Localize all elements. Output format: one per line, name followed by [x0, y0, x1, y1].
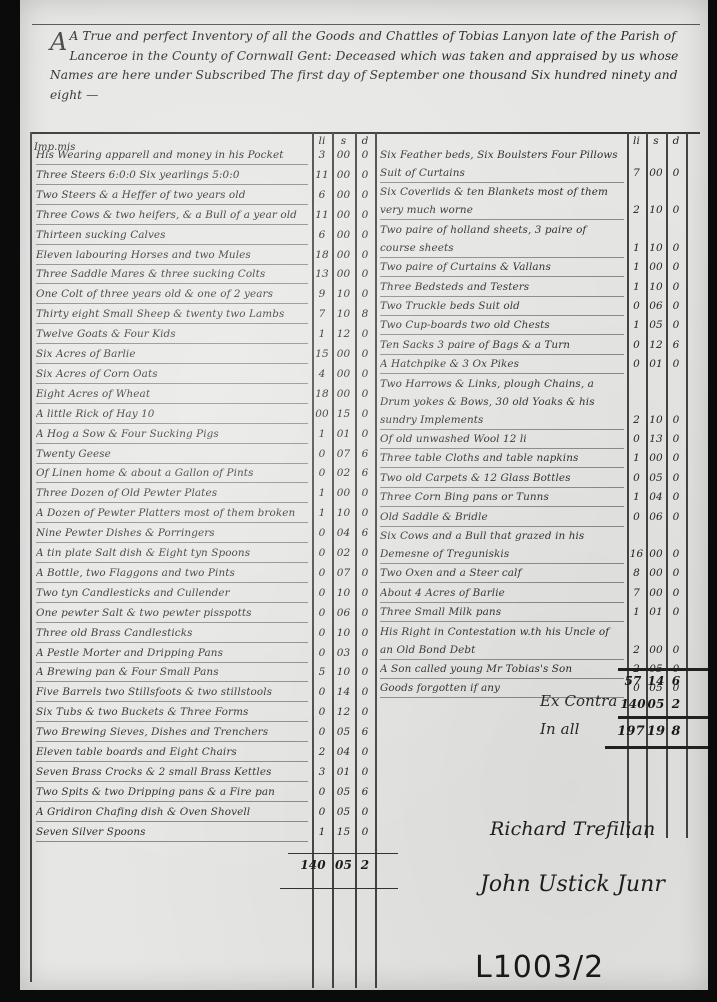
item-amount-pounds: 1: [312, 425, 332, 443]
item-amount-shillings: 00: [646, 545, 666, 563]
inventory-line-item: Old Saddle & Bridle: [380, 508, 624, 526]
item-description: Two Truckle beds Suit old: [380, 297, 624, 316]
inventory-line-item: Two Truckle beds Suit old: [380, 297, 624, 315]
inventory-line-item: Two Brewing Sieves, Dishes and Trenchers: [36, 723, 308, 741]
grand-total-li: 197: [616, 724, 646, 739]
inventory-line-item: Two Cup-boards two old Chests: [380, 316, 624, 334]
item-amount-shillings: 04: [646, 488, 666, 506]
item-amount-pounds: 2: [312, 743, 332, 761]
item-amount-pounds: 0: [312, 544, 332, 562]
item-amount-pence: 6: [355, 524, 375, 542]
item-amount-pence: 0: [666, 508, 686, 526]
item-amount-shillings: 00: [332, 226, 355, 244]
inventory-line-item: A tin plate Salt dish & Eight tyn Spoons: [36, 544, 308, 562]
item-amount-shillings: 00: [646, 641, 666, 659]
item-amount-pence: 0: [355, 325, 375, 343]
item-amount-pence: 0: [355, 803, 375, 821]
item-description: A tin plate Salt dish & Eight tyn Spoons: [36, 544, 308, 563]
archive-reference: L1003/2: [475, 950, 604, 985]
inventory-line-item: Three Steers 6:0:0 Six yearlings 5:0:0: [36, 166, 308, 184]
grand-total-s: 19: [646, 724, 666, 739]
subtotal-d: 6: [666, 674, 686, 688]
item-amount-pounds: 0: [312, 524, 332, 542]
inventory-line-item: Two paire of Curtains & Vallans: [380, 258, 624, 276]
item-amount-pounds: 0: [627, 469, 646, 487]
item-amount-shillings: 10: [332, 305, 355, 323]
item-amount-pounds: 1: [627, 603, 646, 621]
item-amount-pounds: 0: [627, 508, 646, 526]
item-amount-pence: 0: [355, 206, 375, 224]
item-description: Three Steers 6:0:0 Six yearlings 5:0:0: [36, 166, 308, 185]
inventory-line-item: A Hog a Sow & Four Sucking Pigs: [36, 425, 308, 443]
item-amount-pounds: 3: [312, 763, 332, 781]
item-amount-pence: 8: [355, 305, 375, 323]
item-amount-pounds: 0: [627, 336, 646, 354]
inventory-line-item: A Son called young Mr Tobias's Son: [380, 660, 624, 678]
item-amount-pence: 0: [355, 345, 375, 363]
item-description: A Hatchpike & 3 Ox Pikes: [380, 355, 624, 374]
item-amount-pence: 0: [666, 603, 686, 621]
item-description: Of old unwashed Wool 12 li: [380, 430, 624, 449]
inventory-line-item: A Hatchpike & 3 Ox Pikes: [380, 355, 624, 373]
item-amount-pounds: 0: [312, 445, 332, 463]
item-amount-shillings: 01: [646, 603, 666, 621]
item-description: A Brewing pan & Four Small Pans: [36, 663, 308, 682]
inventory-line-item: Eight Acres of Wheat: [36, 385, 308, 403]
item-description: Two Spits & two Dripping pans & a Fire p…: [36, 783, 308, 802]
item-amount-pounds: 0: [312, 703, 332, 721]
item-description: Old Saddle & Bridle: [380, 508, 624, 527]
item-description: Twenty Geese: [36, 445, 308, 464]
item-amount-pounds: 0: [312, 604, 332, 622]
item-description: Two Steers & a Heffer of two years old: [36, 186, 308, 205]
inventory-line-item: Six Acres of Corn Oats: [36, 365, 308, 383]
item-amount-pounds: 0: [312, 723, 332, 741]
item-amount-pence: 0: [666, 430, 686, 448]
item-description: His Wearing apparell and money in his Po…: [36, 146, 308, 165]
item-amount-pounds: 16: [627, 545, 646, 563]
subtotal-li: 57: [620, 674, 646, 688]
item-description: Thirteen sucking Calves: [36, 226, 308, 245]
item-amount-pounds: 7: [627, 584, 646, 602]
item-amount-pounds: 13: [312, 265, 332, 283]
item-amount-shillings: 05: [332, 783, 355, 801]
item-amount-pence: 0: [355, 823, 375, 841]
item-description: Seven Silver Spoons: [36, 823, 308, 842]
item-description: Two Brewing Sieves, Dishes and Trenchers: [36, 723, 308, 742]
subtotal-rule: [618, 668, 708, 671]
item-amount-pence: 0: [666, 488, 686, 506]
item-description: Twelve Goats & Four Kids: [36, 325, 308, 344]
item-amount-pence: 6: [355, 783, 375, 801]
item-amount-shillings: 01: [332, 763, 355, 781]
item-description: Nine Pewter Dishes & Porringers: [36, 524, 308, 543]
item-amount-pence: 0: [355, 624, 375, 642]
heading-text: A True and perfect Inventory of all the …: [50, 29, 679, 102]
item-amount-shillings: 10: [332, 504, 355, 522]
header-d-right: d: [666, 135, 686, 147]
header-s-right: s: [646, 135, 666, 147]
item-amount-pence: 0: [666, 641, 686, 659]
item-amount-pounds: 00: [312, 405, 332, 423]
item-amount-shillings: 04: [332, 743, 355, 761]
item-amount-pounds: 15: [312, 345, 332, 363]
item-amount-shillings: 05: [332, 723, 355, 741]
left-total-d: 2: [355, 858, 375, 872]
item-description: Five Barrels two Stillsfoots & two still…: [36, 683, 308, 702]
item-amount-pounds: 6: [312, 226, 332, 244]
top-rule: [32, 24, 700, 25]
item-description: Three table Cloths and table napkins: [380, 449, 624, 468]
inventory-line-item: Seven Brass Crocks & 2 small Brass Kettl…: [36, 763, 308, 781]
item-amount-shillings: 07: [332, 564, 355, 582]
inventory-line-item: Three Bedsteds and Testers: [380, 278, 624, 296]
item-amount-pounds: 0: [312, 783, 332, 801]
item-description: Six Coverlids & ten Blankets most of the…: [380, 183, 624, 220]
inventory-line-item: Six Tubs & two Buckets & Three Forms: [36, 703, 308, 721]
item-amount-shillings: 15: [332, 823, 355, 841]
item-amount-pounds: 0: [312, 564, 332, 582]
item-amount-pence: 0: [355, 385, 375, 403]
item-description: Six Tubs & two Buckets & Three Forms: [36, 703, 308, 722]
signature-richard-trefilian: Richard Trefilian: [490, 818, 655, 840]
inventory-line-item: Three Dozen of Old Pewter Plates: [36, 484, 308, 502]
header-li-right: li: [627, 135, 646, 147]
contra-s: 05: [646, 697, 666, 711]
inventory-heading: A A True and perfect Inventory of all th…: [50, 27, 700, 105]
item-description: Three old Brass Candlesticks: [36, 624, 308, 643]
inventory-line-item: His Wearing apparell and money in his Po…: [36, 146, 308, 164]
item-amount-pence: 0: [666, 545, 686, 563]
item-amount-pounds: 1: [627, 278, 646, 296]
item-amount-pence: 0: [666, 316, 686, 334]
item-description: One pewter Salt & two pewter pisspotts: [36, 604, 308, 623]
item-amount-pounds: 7: [627, 164, 646, 182]
item-description: A Bottle, two Flaggons and two Pints: [36, 564, 308, 583]
item-amount-pence: 0: [355, 186, 375, 204]
inventory-line-item: Three Cows & two heifers, & a Bull of a …: [36, 206, 308, 224]
inventory-line-item: Three Small Milk pans: [380, 603, 624, 621]
signature-john-ustick: John Ustick Junr: [480, 872, 665, 897]
item-amount-pounds: 0: [627, 297, 646, 315]
item-amount-pence: 6: [355, 445, 375, 463]
inventory-line-item: About 4 Acres of Barlie: [380, 584, 624, 602]
inventory-line-item: Thirteen sucking Calves: [36, 226, 308, 244]
item-amount-pence: 0: [355, 285, 375, 303]
item-amount-shillings: 12: [332, 703, 355, 721]
item-amount-pounds: 1: [312, 504, 332, 522]
inventory-line-item: Six Cows and a Bull that grazed in his D…: [380, 527, 624, 563]
item-amount-shillings: 01: [332, 425, 355, 443]
inventory-line-item: Of Linen home & about a Gallon of Pints: [36, 464, 308, 482]
column-divider: [375, 133, 377, 988]
item-amount-pounds: 4: [312, 365, 332, 383]
item-amount-pounds: 2: [627, 201, 646, 219]
item-description: Two Harrows & Links, plough Chains, a Dr…: [380, 375, 624, 430]
item-amount-pounds: 6: [312, 186, 332, 204]
inventory-line-item: Three old Brass Candlesticks: [36, 624, 308, 642]
item-description: Eleven table boards and Eight Chairs: [36, 743, 308, 762]
item-amount-pence: 0: [355, 405, 375, 423]
item-amount-pence: 0: [666, 355, 686, 373]
item-amount-pence: 0: [666, 201, 686, 219]
inventory-line-item: Of old unwashed Wool 12 li: [380, 430, 624, 448]
item-description: His Right in Contestation w.th his Uncle…: [380, 623, 624, 660]
item-amount-pounds: 11: [312, 206, 332, 224]
item-description: A Pestle Morter and Dripping Pans: [36, 644, 308, 663]
inventory-line-item: Thirty eight Small Sheep & twenty two La…: [36, 305, 308, 323]
item-amount-shillings: 05: [646, 316, 666, 334]
item-amount-pounds: 18: [312, 246, 332, 264]
item-description: Eleven labouring Horses and two Mules: [36, 246, 308, 265]
inventory-line-item: Two Steers & a Heffer of two years old: [36, 186, 308, 204]
item-amount-pence: 0: [666, 239, 686, 257]
grand-total-label: In all: [540, 720, 580, 738]
item-amount-pounds: 2: [627, 411, 646, 429]
item-amount-shillings: 07: [332, 445, 355, 463]
item-description: Three Cows & two heifers, & a Bull of a …: [36, 206, 308, 225]
inventory-line-item: His Right in Contestation w.th his Uncle…: [380, 623, 624, 659]
item-amount-shillings: 10: [332, 285, 355, 303]
inventory-line-item: Five Barrels two Stillsfoots & two still…: [36, 683, 308, 701]
item-amount-shillings: 00: [332, 186, 355, 204]
inventory-line-item: Two old Carpets & 12 Glass Bottles: [380, 469, 624, 487]
item-description: A Dozen of Pewter Platters most of them …: [36, 504, 308, 523]
item-description: Six Acres of Barlie: [36, 345, 308, 364]
item-amount-pence: 0: [355, 146, 375, 164]
inventory-line-item: Nine Pewter Dishes & Porringers: [36, 524, 308, 542]
item-description: Three Bedsteds and Testers: [380, 278, 624, 297]
item-amount-shillings: 12: [332, 325, 355, 343]
inventory-line-item: Two Harrows & Links, plough Chains, a Dr…: [380, 375, 624, 429]
item-amount-pence: 6: [355, 464, 375, 482]
item-amount-shillings: 05: [332, 803, 355, 821]
item-amount-pence: 0: [666, 449, 686, 467]
item-amount-pounds: 7: [312, 305, 332, 323]
item-amount-pounds: 0: [312, 803, 332, 821]
item-description: Two paire of holland sheets, 3 paire of …: [380, 221, 624, 258]
inventory-line-item: A Pestle Morter and Dripping Pans: [36, 644, 308, 662]
inventory-line-item: Eleven table boards and Eight Chairs: [36, 743, 308, 761]
item-amount-shillings: 00: [332, 365, 355, 383]
item-amount-shillings: 00: [332, 385, 355, 403]
item-amount-shillings: 02: [332, 464, 355, 482]
inventory-line-item: A little Rick of Hay 10: [36, 405, 308, 423]
item-description: Three Dozen of Old Pewter Plates: [36, 484, 308, 503]
item-amount-pence: 0: [355, 425, 375, 443]
item-amount-pence: 0: [355, 564, 375, 582]
inventory-line-item: Eleven labouring Horses and two Mules: [36, 246, 308, 264]
item-amount-pence: 0: [355, 703, 375, 721]
inventory-line-item: Three table Cloths and table napkins: [380, 449, 624, 467]
left-total-s: 05: [332, 858, 355, 872]
item-amount-pence: 0: [355, 166, 375, 184]
item-amount-shillings: 00: [646, 584, 666, 602]
item-description: A Gridiron Chafing dish & Oven Shovell: [36, 803, 308, 822]
item-amount-shillings: 00: [332, 206, 355, 224]
item-description: Six Acres of Corn Oats: [36, 365, 308, 384]
item-amount-pence: 6: [666, 336, 686, 354]
item-description: Eight Acres of Wheat: [36, 385, 308, 404]
item-amount-shillings: 00: [332, 345, 355, 363]
inventory-line-item: Twenty Geese: [36, 445, 308, 463]
item-amount-pence: 0: [355, 743, 375, 761]
item-amount-shillings: 00: [646, 449, 666, 467]
item-amount-shillings: 10: [332, 584, 355, 602]
inventory-line-item: One pewter Salt & two pewter pisspotts: [36, 604, 308, 622]
item-amount-shillings: 13: [646, 430, 666, 448]
item-amount-pounds: 1: [627, 449, 646, 467]
item-amount-shillings: 03: [332, 644, 355, 662]
item-description: A Son called young Mr Tobias's Son: [380, 660, 624, 679]
inventory-line-item: Six Acres of Barlie: [36, 345, 308, 363]
item-amount-pence: 6: [355, 723, 375, 741]
item-amount-shillings: 01: [646, 355, 666, 373]
item-amount-shillings: 00: [332, 484, 355, 502]
item-amount-shillings: 00: [332, 166, 355, 184]
item-amount-shillings: 10: [646, 239, 666, 257]
left-total-rule-bottom: [280, 888, 398, 889]
item-amount-shillings: 06: [646, 508, 666, 526]
item-description: Two Cup-boards two old Chests: [380, 316, 624, 335]
item-amount-pence: 0: [666, 564, 686, 582]
item-amount-shillings: 00: [332, 265, 355, 283]
item-description: Seven Brass Crocks & 2 small Brass Kettl…: [36, 763, 308, 782]
inventory-line-item: Two Oxen and a Steer calf: [380, 564, 624, 582]
item-amount-shillings: 00: [332, 246, 355, 264]
inventory-line-item: A Brewing pan & Four Small Pans: [36, 663, 308, 681]
inventory-line-item: Six Coverlids & ten Blankets most of the…: [380, 183, 624, 219]
item-amount-shillings: 06: [332, 604, 355, 622]
inventory-line-item: A Gridiron Chafing dish & Oven Shovell: [36, 803, 308, 821]
item-amount-shillings: 10: [646, 278, 666, 296]
item-amount-shillings: 10: [332, 624, 355, 642]
item-amount-pence: 0: [355, 763, 375, 781]
item-amount-pence: 0: [666, 297, 686, 315]
item-description: Three Corn Bing pans or Tunns: [380, 488, 624, 507]
item-amount-pence: 0: [355, 504, 375, 522]
inventory-line-item: A Bottle, two Flaggons and two Pints: [36, 564, 308, 582]
item-description: Two Oxen and a Steer calf: [380, 564, 624, 583]
grand-total-rule-bottom: [605, 746, 708, 749]
item-amount-shillings: 04: [332, 524, 355, 542]
left-total-rule-top: [288, 853, 398, 854]
item-amount-shillings: 10: [646, 411, 666, 429]
inventory-line-item: Two tyn Candlesticks and Cullender: [36, 584, 308, 602]
item-description: A Hog a Sow & Four Sucking Pigs: [36, 425, 308, 444]
item-amount-pounds: 1: [312, 325, 332, 343]
item-amount-pence: 0: [666, 164, 686, 182]
item-amount-shillings: 00: [646, 564, 666, 582]
item-amount-pounds: 8: [627, 564, 646, 582]
item-amount-pounds: 1: [627, 488, 646, 506]
contra-label: Ex Contra: [540, 692, 617, 710]
left-total-li: 140: [298, 858, 328, 872]
item-amount-pence: 0: [355, 604, 375, 622]
item-amount-pence: 0: [355, 365, 375, 383]
item-amount-shillings: 02: [332, 544, 355, 562]
item-amount-shillings: 05: [646, 469, 666, 487]
item-amount-pence: 0: [355, 544, 375, 562]
item-description: A little Rick of Hay 10: [36, 405, 308, 424]
inventory-line-item: Two Spits & two Dripping pans & a Fire p…: [36, 783, 308, 801]
inventory-line-item: Six Feather beds, Six Boulsters Four Pil…: [380, 146, 624, 182]
item-amount-pence: 0: [355, 683, 375, 701]
item-amount-pounds: 1: [312, 484, 332, 502]
item-amount-pence: 0: [355, 484, 375, 502]
inventory-line-item: Seven Silver Spoons: [36, 823, 308, 841]
item-amount-pence: 0: [355, 584, 375, 602]
item-amount-shillings: 00: [646, 164, 666, 182]
item-amount-pounds: 3: [312, 146, 332, 164]
item-amount-pence: 0: [355, 663, 375, 681]
item-description: Six Feather beds, Six Boulsters Four Pil…: [380, 146, 624, 183]
item-amount-pence: 0: [666, 278, 686, 296]
item-amount-shillings: 06: [646, 297, 666, 315]
heading-bottom-rule: [32, 132, 700, 134]
subtotal-s: 14: [646, 674, 666, 688]
item-description: About 4 Acres of Barlie: [380, 584, 624, 603]
item-description: Three Small Milk pans: [380, 603, 624, 622]
grand-total-d: 8: [666, 724, 686, 739]
item-amount-pounds: 9: [312, 285, 332, 303]
item-amount-pence: 0: [355, 246, 375, 264]
item-amount-shillings: 00: [332, 146, 355, 164]
manuscript-page: A A True and perfect Inventory of all th…: [20, 0, 708, 990]
item-description: Ten Sacks 3 paire of Bags & a Turn: [380, 336, 624, 355]
contra-li: 140: [620, 697, 646, 711]
inventory-line-item: Ten Sacks 3 paire of Bags & a Turn: [380, 336, 624, 354]
item-description: Two tyn Candlesticks and Cullender: [36, 584, 308, 603]
item-amount-pounds: 5: [312, 663, 332, 681]
inventory-line-item: Three Corn Bing pans or Tunns: [380, 488, 624, 506]
item-amount-pounds: 18: [312, 385, 332, 403]
item-amount-pence: 0: [355, 265, 375, 283]
inventory-line-item: Two paire of holland sheets, 3 paire of …: [380, 221, 624, 257]
item-description: Of Linen home & about a Gallon of Pints: [36, 464, 308, 483]
item-amount-pounds: 1: [627, 239, 646, 257]
item-amount-shillings: 10: [332, 663, 355, 681]
item-amount-pence: 0: [355, 644, 375, 662]
item-amount-pence: 0: [666, 258, 686, 276]
grand-total-rule-top: [618, 716, 708, 719]
contra-d: 2: [666, 697, 686, 711]
item-amount-pounds: 11: [312, 166, 332, 184]
item-amount-pounds: 0: [312, 683, 332, 701]
item-amount-pence: 0: [666, 584, 686, 602]
item-amount-shillings: 12: [646, 336, 666, 354]
item-amount-pounds: 0: [312, 644, 332, 662]
item-amount-shillings: 00: [646, 258, 666, 276]
item-amount-pounds: 0: [312, 584, 332, 602]
item-amount-pounds: 1: [627, 258, 646, 276]
item-amount-shillings: 15: [332, 405, 355, 423]
item-amount-pounds: 1: [312, 823, 332, 841]
inventory-line-item: A Dozen of Pewter Platters most of them …: [36, 504, 308, 522]
inventory-line-item: Three Saddle Mares & three sucking Colts: [36, 265, 308, 283]
item-amount-shillings: 14: [332, 683, 355, 701]
item-amount-pounds: 1: [627, 316, 646, 334]
item-description: One Colt of three years old & one of 2 y…: [36, 285, 308, 304]
right-border-line: [686, 133, 688, 838]
item-amount-pence: 0: [355, 226, 375, 244]
item-amount-pounds: 0: [627, 430, 646, 448]
inventory-line-item: One Colt of three years old & one of 2 y…: [36, 285, 308, 303]
item-description: Six Cows and a Bull that grazed in his D…: [380, 527, 624, 564]
item-amount-pounds: 2: [627, 641, 646, 659]
heading-initial: A: [50, 27, 67, 57]
item-amount-shillings: 10: [646, 201, 666, 219]
